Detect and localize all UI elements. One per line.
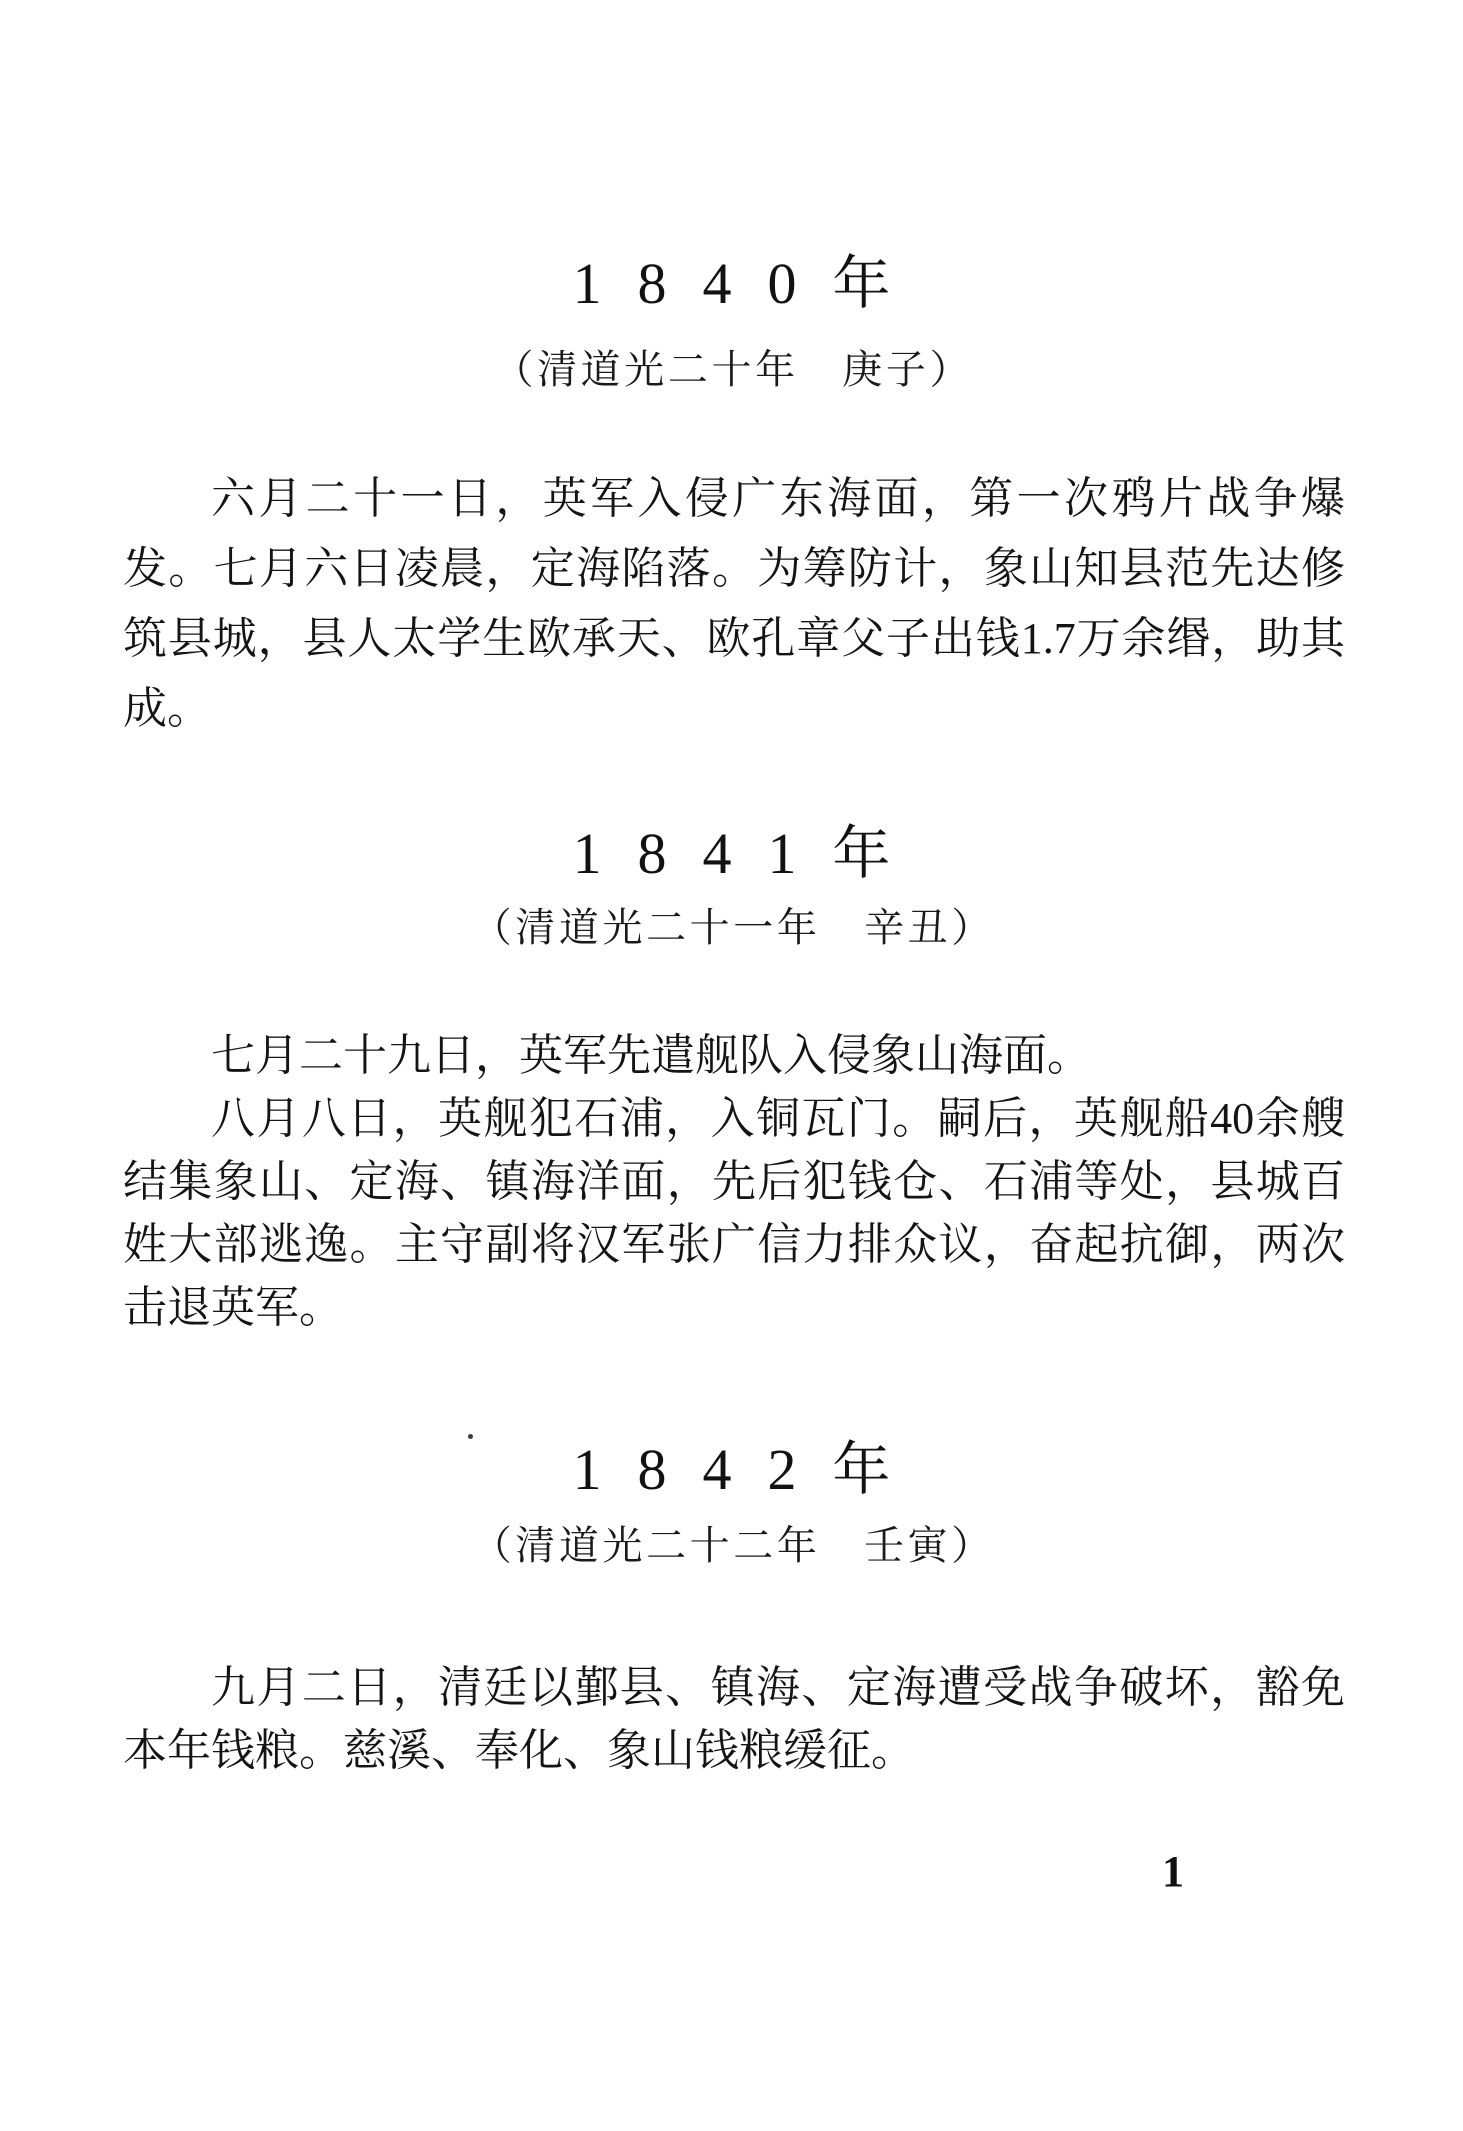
section-1842-body: 九月二日，清廷以鄞县、镇海、定海遭受战争破坏，豁免本年钱粮。慈溪、奉化、象山钱粮… bbox=[123, 1656, 1345, 1782]
era-subtitle-1840: （清道光二十年 庚子） bbox=[0, 338, 1463, 395]
paragraph: 七月二十九日，英军先遣舰队入侵象山海面。 bbox=[123, 1024, 1345, 1087]
paragraph: 六月二十一日，英军入侵广东海面，第一次鸦片战争爆发。七月六日凌晨，定海陷落。为筹… bbox=[123, 464, 1345, 744]
year-heading-1841: 1841年 bbox=[0, 806, 1463, 890]
paragraph: 八月八日，英舰犯石浦，入铜瓦门。嗣后，英舰船40余艘结集象山、定海、镇海洋面，先… bbox=[123, 1087, 1345, 1339]
page-number: 1 bbox=[1162, 1846, 1184, 1897]
year-heading-1840: 1840年 bbox=[0, 236, 1463, 320]
era-subtitle-1842: （清道光二十二年 壬寅） bbox=[0, 1514, 1463, 1571]
section-1840-body: 六月二十一日，英军入侵广东海面，第一次鸦片战争爆发。七月六日凌晨，定海陷落。为筹… bbox=[123, 464, 1345, 744]
scanned-book-page: 1840年 （清道光二十年 庚子） 六月二十一日，英军入侵广东海面，第一次鸦片战… bbox=[0, 0, 1463, 2131]
section-1841-body: 七月二十九日，英军先遣舰队入侵象山海面。 八月八日，英舰犯石浦，入铜瓦门。嗣后，… bbox=[123, 1024, 1345, 1339]
paragraph: 九月二日，清廷以鄞县、镇海、定海遭受战争破坏，豁免本年钱粮。慈溪、奉化、象山钱粮… bbox=[123, 1656, 1345, 1782]
year-heading-1842: 1842年 bbox=[0, 1422, 1463, 1506]
era-subtitle-1841: （清道光二十一年 辛丑） bbox=[0, 896, 1463, 953]
